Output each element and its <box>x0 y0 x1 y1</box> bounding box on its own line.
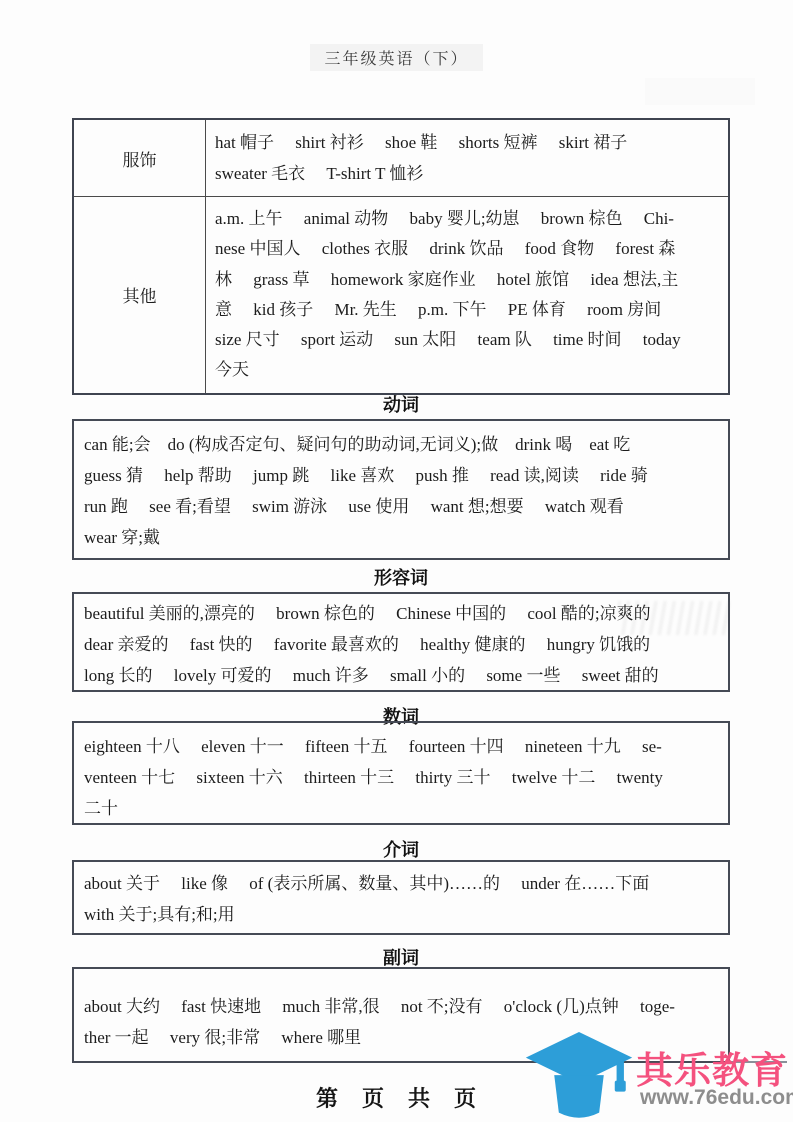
page-header: 三年级英语（下） <box>0 44 793 71</box>
section-box-numerals: eighteen 十八 eleven 十一 fifteen 十五 fourtee… <box>72 721 730 825</box>
section-heading-adjectives: 形容词 <box>72 564 730 590</box>
section-box-verbs: can 能;会 do (构成否定句、疑问句的助动词,无词义);做 drink 喝… <box>72 419 730 560</box>
page: 三年级英语（下） 服饰 hat 帽子 shirt 衬衫 shoe 鞋 short… <box>0 0 793 1122</box>
word-lines: eighteen 十八 eleven 十一 fifteen 十五 fourtee… <box>84 731 718 824</box>
section-heading-prepositions: 介词 <box>72 836 730 862</box>
section-box-prepositions: about 关于 like 像 of (表示所属、数量、其中)……的 under… <box>72 860 730 935</box>
brand-logo: 其乐教育 www.76edu.com <box>524 1024 793 1122</box>
word-lines: can 能;会 do (构成否定句、疑问句的助动词,无词义);做 drink 喝… <box>84 429 718 553</box>
scan-artifact-box <box>645 78 755 105</box>
words-cell-clothing: hat 帽子 shirt 衬衫 shoe 鞋 shorts 短裤 skirt 裙… <box>206 119 730 197</box>
table-row-clothing: 服饰 hat 帽子 shirt 衬衫 shoe 鞋 shorts 短裤 skir… <box>73 119 729 197</box>
section-heading-verbs: 动词 <box>72 391 730 417</box>
word-lines: a.m. 上午 animal 动物 baby 婴儿;幼崽 brown 棕色 Ch… <box>215 204 720 386</box>
word-lines: about 关于 like 像 of (表示所属、数量、其中)……的 under… <box>84 868 718 930</box>
words-cell-other: a.m. 上午 animal 动物 baby 婴儿;幼崽 brown 棕色 Ch… <box>206 197 730 394</box>
word-lines: hat 帽子 shirt 衬衫 shoe 鞋 shorts 短裤 skirt 裙… <box>215 127 720 189</box>
vocab-table: 服饰 hat 帽子 shirt 衬衫 shoe 鞋 shorts 短裤 skir… <box>72 118 730 395</box>
word-lines: beautiful 美丽的,漂亮的 brown 棕色的 Chinese 中国的 … <box>84 598 718 691</box>
table-row-other: 其他 a.m. 上午 animal 动物 baby 婴儿;幼崽 brown 棕色… <box>73 197 729 394</box>
page-title: 三年级英语（下） <box>310 44 482 71</box>
category-cell-other: 其他 <box>73 197 206 394</box>
brand-url: www.76edu.com <box>640 1086 793 1110</box>
section-box-adjectives: beautiful 美丽的,漂亮的 brown 棕色的 Chinese 中国的 … <box>72 592 730 692</box>
graduation-cap-icon <box>524 1030 634 1122</box>
category-cell-clothing: 服饰 <box>73 119 206 197</box>
